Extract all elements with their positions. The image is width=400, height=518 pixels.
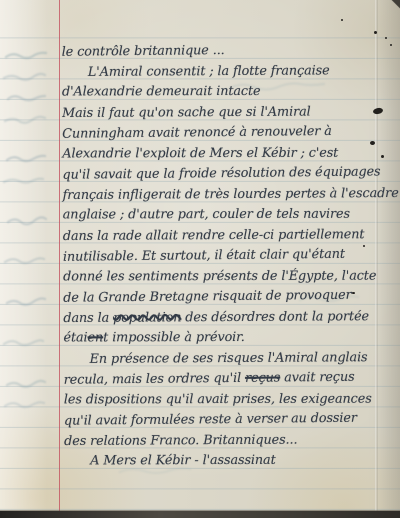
handwritten-line: les dispositions qu'il avait prises, les… — [64, 389, 397, 410]
handwritten-line: Alexandrie l'exploit de Mers el Kébir ; … — [62, 143, 395, 164]
handwritten-text: recula, mais les ordres qu'il — [64, 371, 245, 388]
handwritten-text: français infligerait de très lourdes per… — [63, 185, 399, 202]
handwritten-line: français infligerait de très lourdes per… — [63, 183, 396, 206]
handwritten-line: étaient impossible à prévoir. — [63, 328, 396, 349]
handwritten-text: dans la rade allait rendre celle-ci part… — [63, 227, 365, 244]
handwritten-text: anglaise ; d'autre part, couler de tels … — [63, 207, 350, 223]
handwritten-text: A Mers el Kébir - l'assassinat — [90, 453, 275, 468]
ink-blot — [381, 155, 384, 158]
handwritten-text: Alexandrie l'exploit de Mers el Kébir ; … — [62, 145, 338, 161]
crossed-out-word: population — [113, 310, 181, 325]
handwritten-line: Mais il faut qu'on sache que si l'Amiral — [62, 101, 395, 124]
handwritten-text: t impossible à prévoir. — [103, 330, 245, 345]
ink-speck — [341, 19, 343, 21]
handwritten-text: des relations Franco. Britanniques... — [64, 432, 297, 448]
handwritten-text: étai — [63, 330, 87, 345]
handwritten-text: dans la — [63, 310, 113, 325]
margin-line — [59, 0, 60, 511]
ink-speck — [352, 292, 355, 294]
handwritten-line: le contrôle britannique ... — [62, 39, 395, 63]
handwriting: le contrôle britannique ...L'Amiral cons… — [62, 40, 398, 473]
photo-corner-shadow — [385, 0, 400, 15]
handwritten-line: inutilisable. Et surtout, il était clair… — [63, 244, 396, 268]
handwritten-text: des désordres dont la portée — [181, 309, 369, 325]
handwritten-line: recula, mais les ordres qu'il reçus avai… — [64, 367, 397, 391]
handwritten-text: d'Alexandrie demeurait intacte — [62, 84, 261, 100]
handwritten-text: qu'il avait formulées reste à verser au … — [64, 411, 357, 429]
handwritten-text: avait reçus — [280, 370, 354, 386]
handwritten-line: de la Grande Bretagne risquait de provoq… — [63, 285, 396, 309]
ink-speck — [363, 245, 365, 247]
crossed-out-word: en — [88, 330, 104, 345]
handwritten-line: En présence de ses risques l'Amiral angl… — [64, 347, 397, 370]
handwritten-text: le contrôle britannique ... — [62, 43, 225, 60]
handwritten-line: L'Amiral consentit ; la flotte française — [62, 60, 395, 83]
crossed-out-word: reçus — [245, 370, 280, 385]
ink-blot — [370, 141, 375, 145]
ink-speck — [374, 31, 377, 34]
handwritten-line: qu'il savait que la froide résolution de… — [62, 162, 395, 186]
handwritten-text: L'Amiral consentit ; la flotte française — [88, 63, 330, 79]
handwritten-text: donné les sentiments présents de l'Égypt… — [63, 268, 376, 284]
handwritten-line: anglaise ; d'autre part, couler de tels … — [63, 205, 396, 226]
handwritten-line: des relations Franco. Britanniques... — [64, 429, 397, 452]
handwritten-line: donné les sentiments présents de l'Égypt… — [63, 266, 396, 287]
handwritten-line: d'Alexandrie demeurait intacte — [62, 82, 395, 103]
handwritten-line: dans la rade allait rendre celle-ci part… — [63, 224, 396, 247]
handwritten-line: A Mers el Kébir - l'assassinat — [64, 451, 397, 472]
handwritten-text: En présence de ses risques l'Amiral angl… — [90, 350, 368, 367]
handwritten-text: qu'il savait que la froide résolution de… — [62, 164, 380, 182]
handwritten-text: Mais il faut qu'on sache que si l'Amiral — [62, 104, 311, 121]
ink-speck — [385, 37, 387, 39]
notebook-page-photo: le contrôle britannique ...L'Amiral cons… — [0, 0, 400, 518]
handwritten-line: qu'il avait formulées reste à verser au … — [64, 408, 397, 432]
photo-edge — [0, 511, 400, 518]
handwritten-line: Cunningham avait renoncé à renouveler à — [62, 121, 395, 145]
handwritten-line: dans la population des désordres dont la… — [63, 306, 396, 329]
handwritten-text: inutilisable. Et surtout, il était clair… — [63, 247, 345, 265]
handwritten-text: les dispositions qu'il avait prises, les… — [64, 391, 372, 407]
ink-speck — [390, 44, 392, 46]
handwritten-text: de la Grande Bretagne risquait de provoq… — [63, 288, 352, 306]
handwritten-text: Cunningham avait renoncé à renouveler à — [62, 124, 332, 142]
